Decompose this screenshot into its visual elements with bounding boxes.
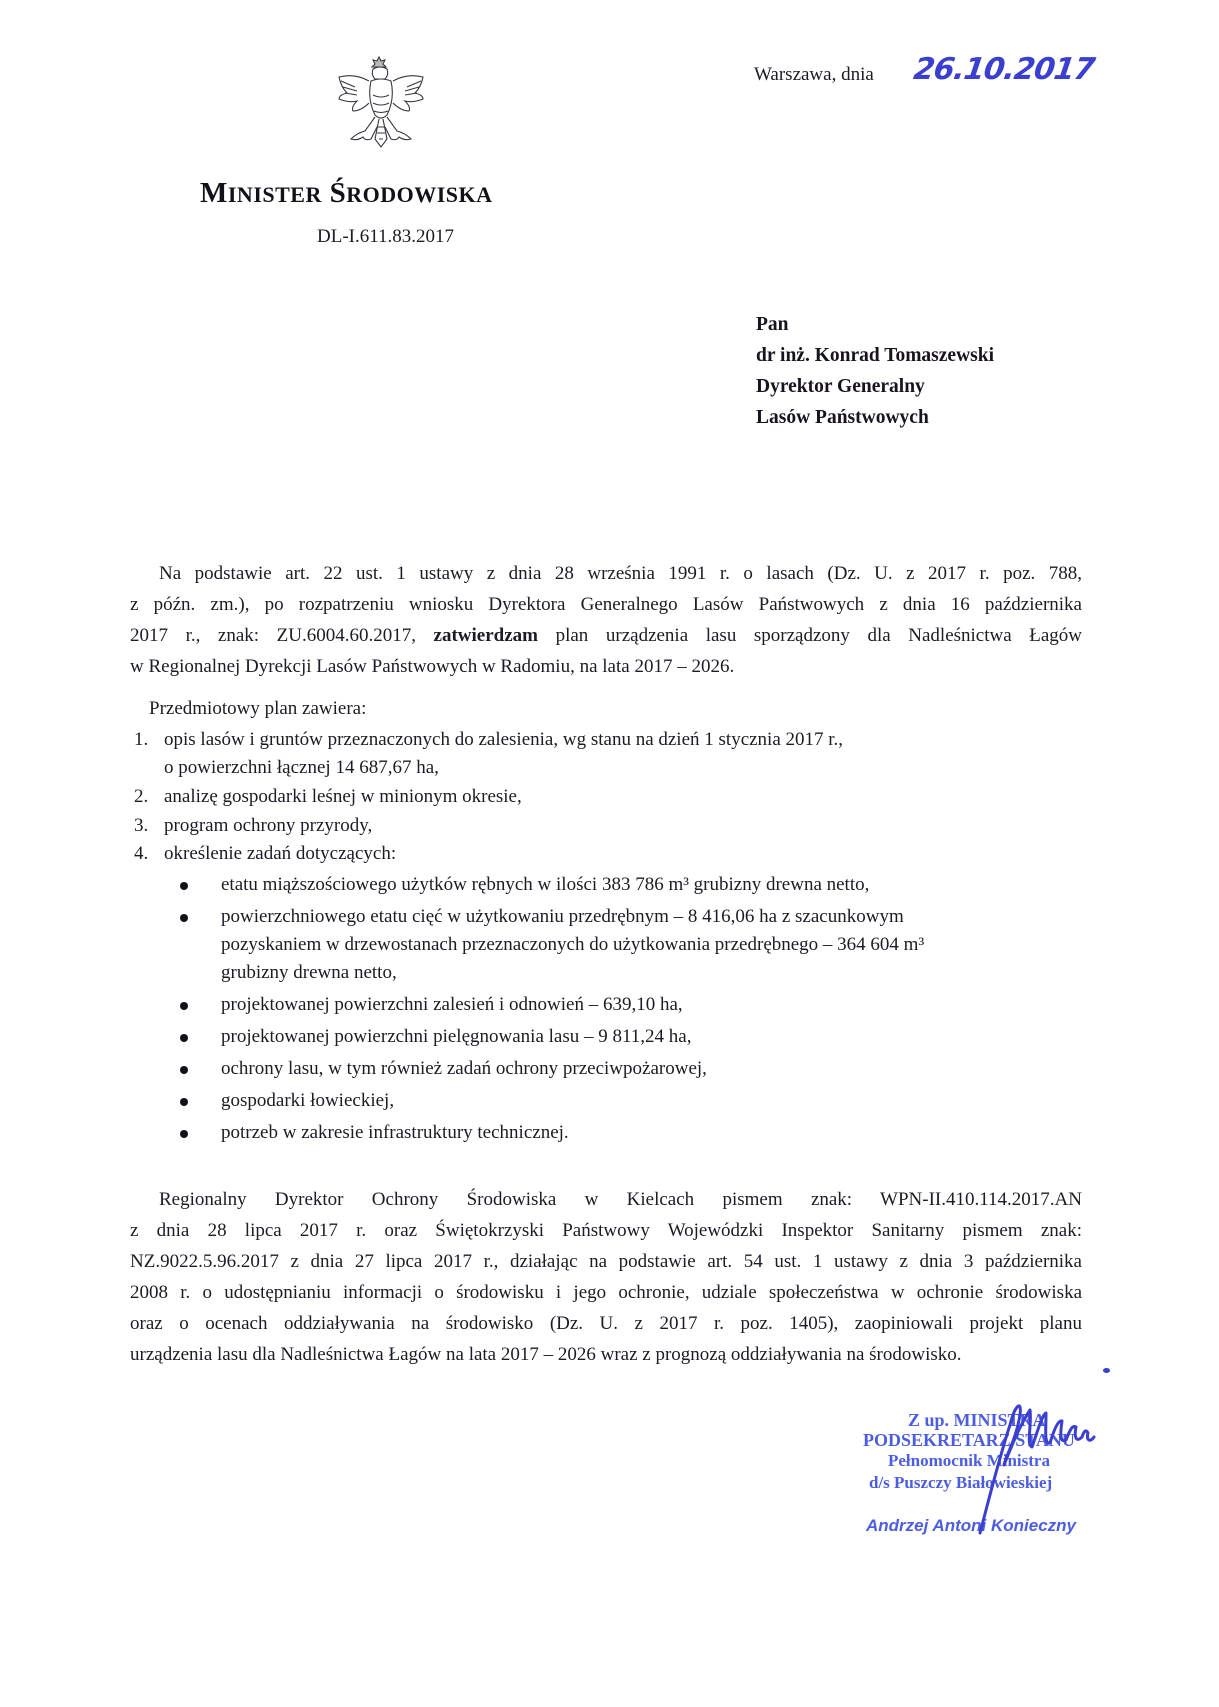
polish-eagle-emblem-icon xyxy=(333,55,429,155)
sub-list-item: gospodarki łowieckiej, xyxy=(221,1090,394,1112)
list-intro: Przedmiotowy plan zawiera: xyxy=(149,698,366,720)
list-item: program ochrony przyrody, xyxy=(164,815,372,837)
paragraph-line: z późn. zm.), po rozpatrzeniu wniosku Dy… xyxy=(130,594,1082,616)
paragraph-line: Regionalny Dyrektor Ochrony Środowiska w… xyxy=(159,1189,1082,1211)
paragraph-line: NZ.9022.5.96.2017 z dnia 27 lipca 2017 r… xyxy=(130,1251,1082,1273)
bullet-icon xyxy=(180,1098,188,1106)
handwritten-signature-icon xyxy=(960,1385,1120,1545)
bullet-icon xyxy=(180,1034,188,1042)
list-number: 3. xyxy=(134,815,148,837)
sub-list-item: potrzeb w zakresie infrastruktury techni… xyxy=(221,1122,569,1144)
addressee-organization: Lasów Państwowych xyxy=(756,407,929,429)
list-number: 4. xyxy=(134,843,148,865)
place-date-label: Warszawa, dnia xyxy=(754,64,874,86)
ink-mark xyxy=(1103,1368,1110,1373)
addressee-name: dr inż. Konrad Tomaszewski xyxy=(756,345,994,367)
paragraph-line: 2008 r. o udostępnianiu informacji o śro… xyxy=(130,1282,1082,1304)
list-item: opis lasów i gruntów przeznaczonych do z… xyxy=(164,729,843,751)
paragraph-line: oraz o ocenach oddziaływania na środowis… xyxy=(130,1313,1082,1335)
list-number: 2. xyxy=(134,786,148,808)
sub-list-item-continuation: pozyskaniem w drzewostanach przeznaczony… xyxy=(221,934,924,956)
addressee-position: Dyrektor Generalny xyxy=(756,376,925,398)
bullet-icon xyxy=(180,882,188,890)
paragraph-line: z dnia 28 lipca 2017 r. oraz Świętokrzys… xyxy=(130,1220,1082,1242)
sub-list-item: powierzchniowego etatu cięć w użytkowani… xyxy=(221,906,904,928)
paragraph-line: w Regionalnej Dyrekcji Lasów Państwowych… xyxy=(130,656,1082,678)
sub-list-item: etatu miąższościowego użytków rębnych w … xyxy=(221,874,869,896)
list-number: 1. xyxy=(134,729,148,751)
addressee-salutation: Pan xyxy=(756,314,789,336)
handwritten-date: 26.10.2017 xyxy=(912,52,1097,87)
sub-list-item: projektowanej powierzchni zalesień i odn… xyxy=(221,994,683,1016)
paragraph-line: 2017 r., znak: ZU.6004.60.2017, zatwierd… xyxy=(130,625,1082,647)
sub-list-item: ochrony lasu, w tym również zadań ochron… xyxy=(221,1058,707,1080)
reference-number: DL-I.611.83.2017 xyxy=(317,226,454,248)
bullet-icon xyxy=(180,1066,188,1074)
sub-list-item-continuation: grubizny drewna netto, xyxy=(221,962,397,984)
approval-verb: zatwierdzam xyxy=(434,625,538,646)
list-item: analizę gospodarki leśnej w minionym okr… xyxy=(164,786,522,808)
bullet-icon xyxy=(180,1130,188,1138)
paragraph-line: urządzenia lasu dla Nadleśnictwa Łagów n… xyxy=(130,1344,1082,1366)
list-item: określenie zadań dotyczących: xyxy=(164,843,396,865)
issuing-authority-title: MINISTER ŚRODOWISKA xyxy=(200,176,493,212)
bullet-icon xyxy=(180,1002,188,1010)
paragraph-line: Na podstawie art. 22 ust. 1 ustawy z dni… xyxy=(159,563,1082,585)
bullet-icon xyxy=(180,914,188,922)
sub-list-item: projektowanej powierzchni pielęgnowania … xyxy=(221,1026,691,1048)
list-item-continuation: o powierzchni łącznej 14 687,67 ha, xyxy=(164,757,439,779)
